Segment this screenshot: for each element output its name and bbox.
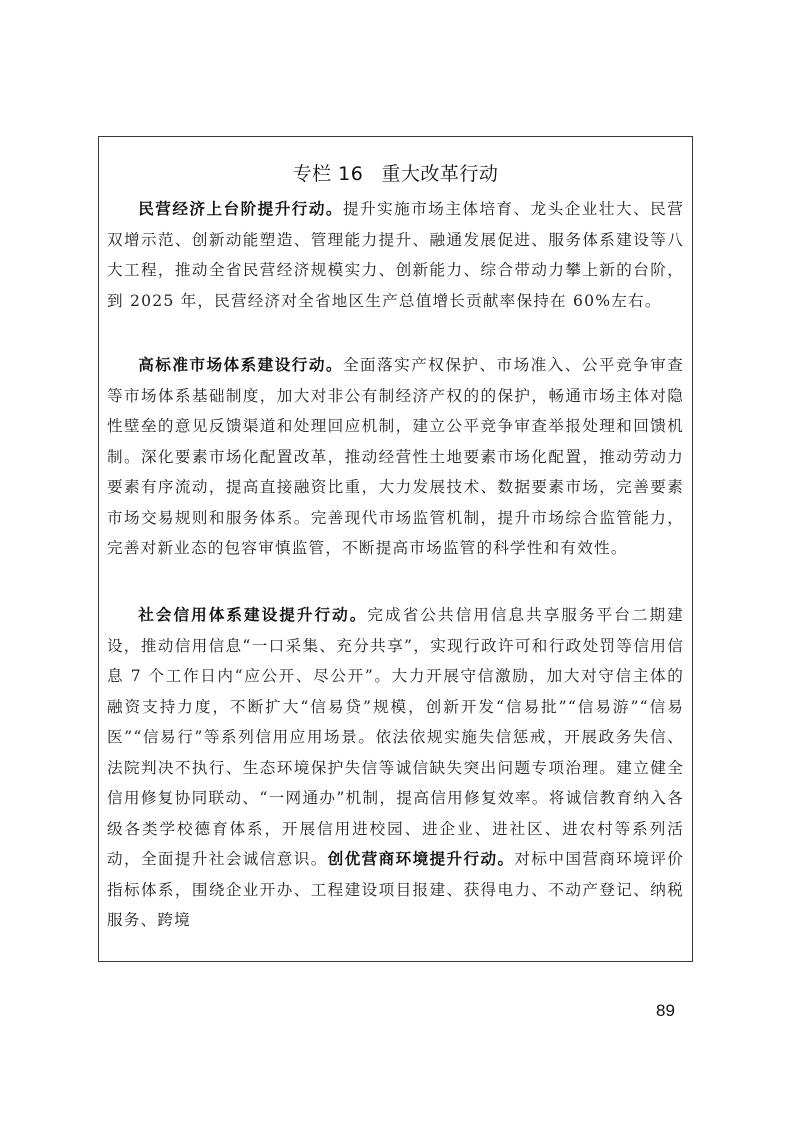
section-heading: 高标准市场体系建设行动。 [138, 355, 343, 374]
section-market-system: 高标准市场体系建设行动。全面落实产权保护、市场准入、公平竞争审查等市场体系基础制… [107, 350, 684, 564]
section-heading-business-environment: 创优营商环境提升行动。 [328, 849, 515, 868]
section-private-economy: 民营经济上台阶提升行动。提升实施市场主体培育、龙头企业壮大、民营双增示范、创新动… [107, 194, 684, 316]
box-title: 专栏 16重大改革行动 [99, 159, 692, 186]
box-title-text: 重大改革行动 [381, 163, 498, 185]
section-social-credit: 社会信用体系建设提升行动。完成省公共信用信息共享服务平台二期建设，推动信用信息“… [107, 600, 684, 936]
page-number: 89 [656, 1001, 675, 1021]
section-body: 全面落实产权保护、市场准入、公平竞争审查等市场体系基础制度，加大对非公有制经济产… [107, 356, 684, 557]
box-title-label: 专栏 16 [293, 163, 364, 185]
section-heading: 社会信用体系建设提升行动。 [138, 605, 367, 624]
section-body: 完成省公共信用信息共享服务平台二期建设，推动信用信息“一口采集、充分共享”，实现… [107, 606, 684, 868]
section-heading: 民营经济上台阶提升行动。 [138, 199, 343, 218]
feature-box-16: 专栏 16重大改革行动 民营经济上台阶提升行动。提升实施市场主体培育、龙头企业壮… [98, 136, 693, 962]
